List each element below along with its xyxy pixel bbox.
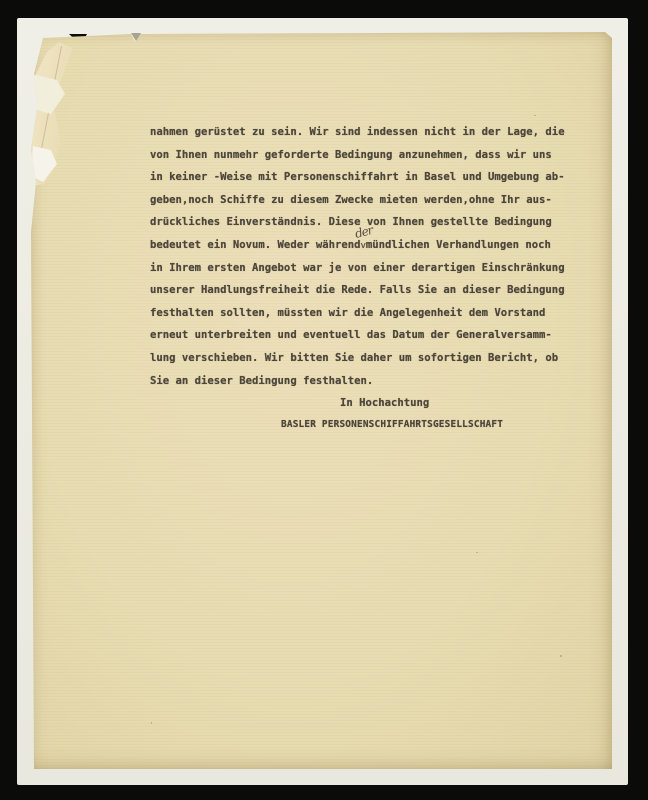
typed-text: in Ihrem ersten Angebot war je von einer… (150, 262, 565, 274)
typed-text: Sie an dieser Bedingung festhalten. (150, 375, 373, 387)
typed-text: festhalten sollten, müssten wir die Ange… (150, 307, 545, 319)
typed-line: lung verschieben. Wir bitten Sie daher u… (150, 347, 602, 370)
signature-line: BASLER PERSONENSCHIFFAHRTSGESELLSCHAFT (150, 414, 602, 437)
typed-line: festhalten sollten, müssten wir die Ange… (150, 302, 602, 325)
typed-line: von Ihnen nunmehr geforderte Bedingung a… (150, 144, 602, 167)
typed-text: lung verschieben. Wir bitten Sie daher u… (150, 352, 558, 364)
insertion-point: derv (360, 234, 365, 258)
typed-line: erneut unterbreiten und eventuell das Da… (150, 324, 602, 347)
paper-speck (151, 722, 152, 724)
typed-lines: nahmen gerüstet zu sein. Wir sind indess… (150, 121, 602, 392)
typed-line: unserer Handlungsfreiheit die Rede. Fall… (150, 279, 602, 302)
closing-line: In Hochachtung (150, 392, 602, 415)
typed-text: in keiner -Weise mit Personenschiffahrt … (150, 171, 565, 183)
typed-text: nahmen gerüstet zu sein. Wir sind indess… (150, 126, 565, 138)
typed-line: in keiner -Weise mit Personenschiffahrt … (150, 166, 602, 189)
typed-text: geben,noch Schiffe zu diesem Zwecke miet… (150, 194, 552, 206)
paper-speck (534, 115, 536, 116)
typed-text: von Ihnen nunmehr geforderte Bedingung a… (150, 149, 552, 161)
closing-text: In Hochachtung (340, 397, 429, 409)
typed-line: nahmen gerüstet zu sein. Wir sind indess… (150, 121, 602, 144)
typed-text: mündlichen Verhandlungen noch (366, 239, 551, 251)
typed-line: bedeutet ein Novum. Weder währenddervmün… (150, 234, 602, 257)
signature-text: BASLER PERSONENSCHIFFAHRTSGESELLSCHAFT (281, 419, 503, 430)
typed-line: drückliches Einverständnis. Diese von Ih… (150, 211, 602, 234)
typed-text: unserer Handlungsfreiheit die Rede. Fall… (150, 284, 565, 296)
typed-line: geben,noch Schiffe zu diesem Zwecke miet… (150, 189, 602, 212)
scanned-letter-view: nahmen gerüstet zu sein. Wir sind indess… (0, 0, 648, 800)
typed-text: drückliches Einverständnis. Diese von Ih… (150, 216, 552, 228)
typed-line: Sie an dieser Bedingung festhalten. (150, 370, 602, 393)
letter-page: nahmen gerüstet zu sein. Wir sind indess… (31, 32, 612, 769)
letter-text: nahmen gerüstet zu sein. Wir sind indess… (150, 121, 602, 436)
typed-text: erneut unterbreiten und eventuell das Da… (150, 329, 552, 341)
paper-speck (560, 655, 562, 657)
paper-edge-notch (131, 33, 141, 41)
typed-text: bedeutet ein Novum. Weder während (150, 239, 360, 251)
paper-speck (476, 552, 478, 553)
typed-line: in Ihrem ersten Angebot war je von einer… (150, 257, 602, 280)
